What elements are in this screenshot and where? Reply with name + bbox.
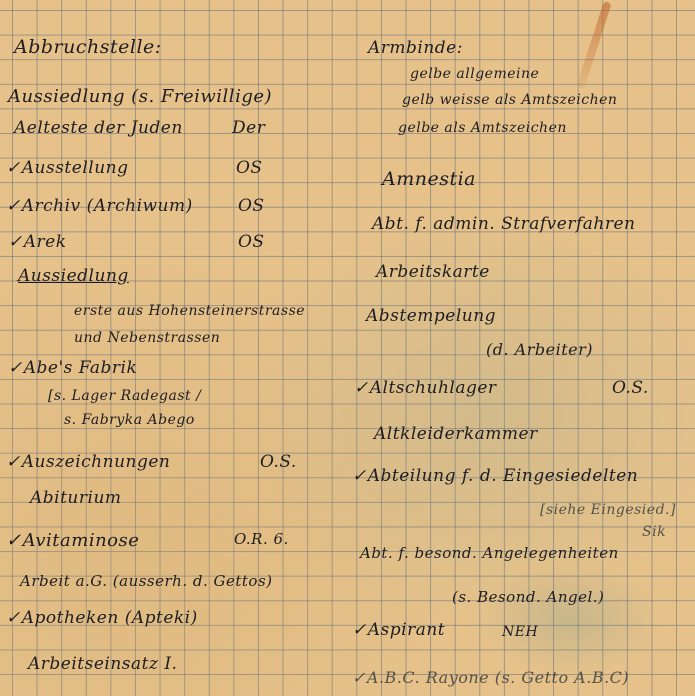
entry-armbinde-sub-2: gelb weisse als Amtszeichen (402, 92, 617, 108)
check-mark-icon: ✓ (352, 466, 367, 486)
entry-auszeichnungen: ✓AuszeichnungenO.S. (6, 452, 170, 472)
check-mark-icon: ✓ (6, 196, 21, 216)
faded-stamp (470, 560, 670, 680)
entry-lager-radegast: [s. Lager Radegast / (48, 388, 201, 404)
entry-aelteste-der-juden: Aelteste der JudenDer (14, 118, 183, 138)
entry-abteilung-eingesiedelten: ✓Abteilung f. d. Eingesiedelten (352, 466, 638, 486)
check-mark-icon: ✓ (352, 620, 367, 640)
entry-abstempelung-sub: (d. Arbeiter) (486, 340, 593, 359)
grid-paper-sheet: Abbruchstelle: Aussiedlung (s. Freiwilli… (0, 0, 695, 696)
entry-apotheken: ✓Apotheken (Apteki) (6, 608, 198, 628)
entry-aussiedlung-sub-1: erste aus Hohensteinerstrasse (74, 303, 305, 319)
entry-abiturium: Abiturium (30, 488, 122, 508)
entry-abt-strafverfahren: Abt. f. admin. Strafverfahren (372, 214, 635, 234)
entry-armbinde: Armbinde: (368, 38, 463, 58)
entry-besond-angel: (s. Besond. Angel.) (452, 588, 604, 606)
entry-archiv: ✓Archiv (Archiwum)OS (6, 196, 193, 216)
entry-amnestia: Amnestia (382, 168, 476, 190)
check-mark-icon: ✓ (6, 530, 22, 551)
entry-aspirant: ✓AspirantNEH (352, 620, 445, 640)
entry-abt-besond-angelegenheiten: Abt. f. besond. Angelegenheiten (360, 544, 619, 562)
entry-arek: ✓ArekOS (8, 232, 67, 252)
entry-altschuhlager: ✓AltschuhlagerO.S. (354, 378, 497, 398)
entry-ausstellung: ✓AusstellungOS (6, 158, 128, 178)
check-mark-icon: ✓ (6, 608, 21, 628)
entry-sik: Sik (642, 524, 666, 540)
check-mark-icon: ✓ (6, 452, 21, 472)
entry-arbeit-ausserhalb: Arbeit a.G. (ausserh. d. Gettos) (20, 572, 273, 590)
entry-arbeitseinsatz: Arbeitseinsatz I. (28, 654, 177, 674)
entry-aussiedlung-sub-2: und Nebenstrassen (74, 330, 220, 346)
check-mark-icon: ✓ (354, 378, 369, 398)
entry-armbinde-sub-1: gelbe allgemeine (410, 66, 539, 82)
entry-abc-rayone: ✓A.B.C. Rayone (s. Getto A.B.C) (352, 668, 629, 687)
check-mark-icon: ✓ (352, 668, 366, 687)
entry-fabryka-abego: s. Fabryka Abego (64, 412, 195, 428)
check-mark-icon: ✓ (8, 232, 23, 252)
entry-siehe-eingesied: [siehe Eingesied.] (540, 502, 676, 518)
entry-arbeitskarte: Arbeitskarte (376, 262, 490, 282)
check-mark-icon: ✓ (6, 158, 21, 178)
entry-aussiedlung-freiwillige: Aussiedlung (s. Freiwillige) (8, 86, 272, 107)
entry-aussiedlung-heading: Aussiedlung (18, 266, 129, 286)
entry-abbruchstelle: Abbruchstelle: (14, 36, 162, 58)
entry-armbinde-sub-3: gelbe als Amtszeichen (398, 120, 567, 136)
entry-abstempelung: Abstempelung (366, 306, 496, 326)
check-mark-icon: ✓ (8, 358, 23, 378)
entry-avitaminose: ✓AvitaminoseO.R. 6. (6, 530, 139, 551)
entry-altkleiderkammer: Altkleiderkammer (374, 424, 538, 444)
rust-stain (576, 1, 611, 89)
entry-abes-fabrik: ✓Abe's Fabrik (8, 358, 137, 378)
